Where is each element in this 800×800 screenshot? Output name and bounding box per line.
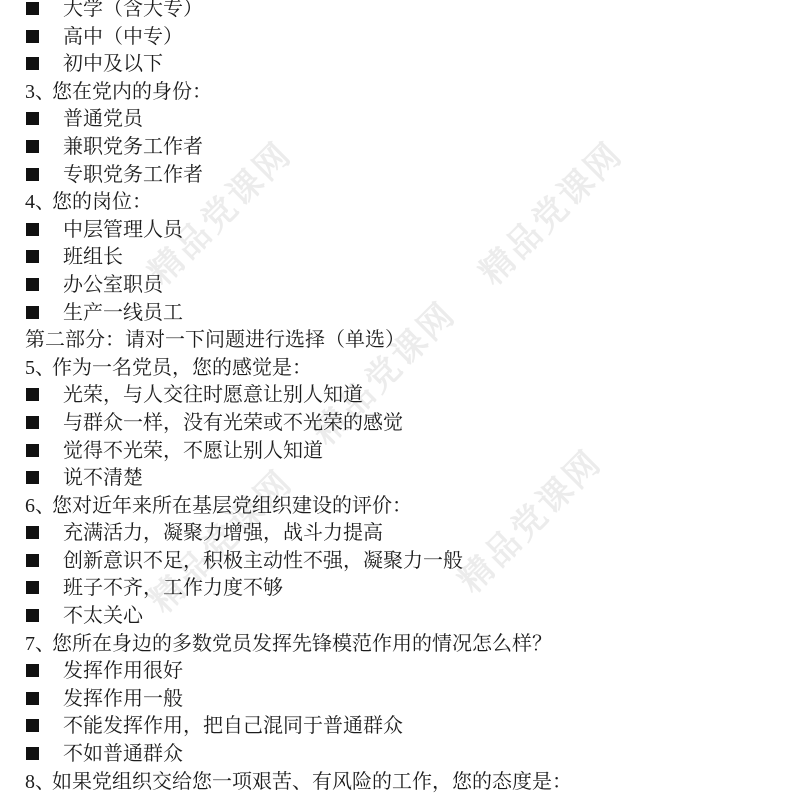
checkbox-bullet-icon [26,140,39,153]
section-header: 第二部分：请对一下问题进行选择（单选） [0,327,800,355]
checkbox-bullet-icon [26,388,39,401]
question-text: 您在党内的身份： [52,81,212,103]
option-label: 普通党员 [63,108,143,130]
option-label: 高中（中专） [63,26,183,48]
checkbox-option[interactable]: 初中及以下 [0,51,800,79]
option-label: 充满活力，凝聚力增强，战斗力提高 [63,522,383,544]
checkbox-option[interactable]: 中层管理人员 [0,217,800,245]
checkbox-bullet-icon [26,692,39,705]
checkbox-option[interactable]: 高中（中专） [0,24,800,52]
checkbox-option[interactable]: 说不清楚 [0,465,800,493]
checkbox-bullet-icon [26,747,39,760]
option-label: 班子不齐，工作力度不够 [63,577,283,599]
checkbox-bullet-icon [26,664,39,677]
survey-content: 大学（含大专）高中（中专）初中及以下3、您在党内的身份：普通党员兼职党务工作者专… [0,0,800,796]
question-number: 8、 [25,769,52,797]
checkbox-option[interactable]: 创新意识不足，积极主动性不强，凝聚力一般 [0,548,800,576]
question-text: 您的岗位： [52,191,152,213]
question-number: 6、 [25,493,52,521]
option-label: 中层管理人员 [63,219,183,241]
option-label: 大学（含大专） [63,0,203,20]
option-label: 觉得不光荣，不愿让别人知道 [63,440,323,462]
checkbox-bullet-icon [26,30,39,43]
document-viewport: { "page": { "background": "#ffffff", "te… [0,0,800,800]
question-text: 您对近年来所在基层党组织建设的评价： [52,495,412,517]
option-label: 创新意识不足，积极主动性不强，凝聚力一般 [63,550,463,572]
question-text: 作为一名党员，您的感觉是： [52,357,312,379]
checkbox-option[interactable]: 觉得不光荣，不愿让别人知道 [0,438,800,466]
question-text: 如果党组织交给您一项艰苦、有风险的工作，您的态度是： [52,771,572,793]
checkbox-option[interactable]: 不能发挥作用，把自己混同于普通群众 [0,713,800,741]
checkbox-bullet-icon [26,168,39,181]
question-number: 3、 [25,79,52,107]
checkbox-option[interactable]: 班子不齐，工作力度不够 [0,575,800,603]
option-label: 生产一线员工 [63,302,183,324]
checkbox-option[interactable]: 专职党务工作者 [0,162,800,190]
question-number: 5、 [25,355,52,383]
checkbox-bullet-icon [26,223,39,236]
checkbox-bullet-icon [26,278,39,291]
checkbox-option[interactable]: 班组长 [0,244,800,272]
option-label: 光荣，与人交往时愿意让别人知道 [63,384,363,406]
question-line: 5、作为一名党员，您的感觉是： [0,355,800,383]
checkbox-option[interactable]: 生产一线员工 [0,300,800,328]
checkbox-bullet-icon [26,416,39,429]
option-label: 发挥作用一般 [63,688,183,710]
checkbox-bullet-icon [26,471,39,484]
option-label: 办公室职员 [63,274,163,296]
question-line: 3、您在党内的身份： [0,79,800,107]
question-line: 4、您的岗位： [0,189,800,217]
question-number: 7、 [25,631,52,659]
checkbox-option[interactable]: 发挥作用很好 [0,658,800,686]
option-label: 初中及以下 [63,53,163,75]
checkbox-option[interactable]: 普通党员 [0,106,800,134]
option-label: 班组长 [63,246,123,268]
checkbox-option[interactable]: 大学（含大专） [0,0,800,24]
option-label: 说不清楚 [63,467,143,489]
checkbox-bullet-icon [26,57,39,70]
option-label: 不能发挥作用，把自己混同于普通群众 [63,715,403,737]
checkbox-option[interactable]: 与群众一样，没有光荣或不光荣的感觉 [0,410,800,438]
option-label: 不太关心 [63,605,143,627]
option-label: 不如普通群众 [63,743,183,765]
question-line: 7、您所在身边的多数党员发挥先锋模范作用的情况怎么样？ [0,631,800,659]
checkbox-option[interactable]: 不如普通群众 [0,741,800,769]
checkbox-bullet-icon [26,112,39,125]
checkbox-bullet-icon [26,581,39,594]
question-number: 4、 [25,189,52,217]
checkbox-option[interactable]: 兼职党务工作者 [0,134,800,162]
checkbox-option[interactable]: 办公室职员 [0,272,800,300]
checkbox-bullet-icon [26,609,39,622]
checkbox-bullet-icon [26,554,39,567]
checkbox-option[interactable]: 不太关心 [0,603,800,631]
checkbox-bullet-icon [26,306,39,319]
option-label: 兼职党务工作者 [63,136,203,158]
option-label: 与群众一样，没有光荣或不光荣的感觉 [63,412,403,434]
option-label: 发挥作用很好 [63,660,183,682]
checkbox-option[interactable]: 发挥作用一般 [0,686,800,714]
question-text: 您所在身边的多数党员发挥先锋模范作用的情况怎么样？ [52,633,552,655]
checkbox-option[interactable]: 充满活力，凝聚力增强，战斗力提高 [0,520,800,548]
checkbox-option[interactable]: 光荣，与人交往时愿意让别人知道 [0,382,800,410]
checkbox-bullet-icon [26,444,39,457]
checkbox-bullet-icon [26,2,39,15]
checkbox-bullet-icon [26,526,39,539]
document-page: 精品党课网精品党课网精品党课网精品党课网精品党课网 大学（含大专）高中（中专）初… [0,0,800,800]
checkbox-bullet-icon [26,250,39,263]
checkbox-bullet-icon [26,719,39,732]
question-line: 6、您对近年来所在基层党组织建设的评价： [0,493,800,521]
option-label: 专职党务工作者 [63,164,203,186]
question-line: 8、如果党组织交给您一项艰苦、有风险的工作，您的态度是： [0,769,800,797]
